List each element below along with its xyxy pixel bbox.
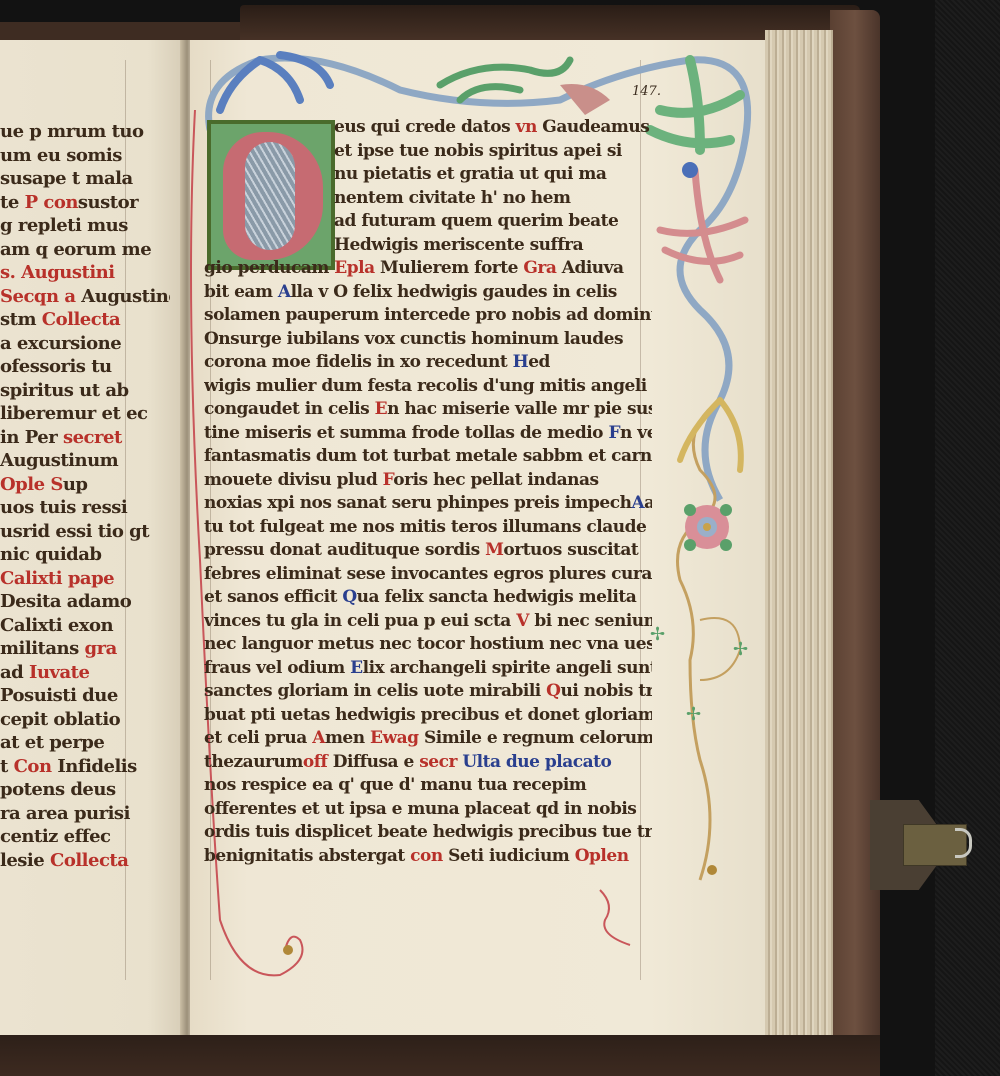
- text-line: Augustinum: [0, 449, 170, 473]
- page-edges: [765, 30, 833, 1035]
- text-line: nos respice ea q' que d' manu tua recepi…: [204, 774, 652, 798]
- text-line: um eu somis: [0, 144, 170, 168]
- text-line: thezaurumoff Diffusa e secr Ulta due pla…: [204, 751, 652, 775]
- text-line: spiritus ut ab: [0, 379, 170, 403]
- text-line: et ipse tue nobis spiritus apei si: [204, 140, 652, 164]
- text-line: Desita adamo: [0, 590, 170, 614]
- text-line: centiz effec: [0, 825, 170, 849]
- text-line: ofessoris tu: [0, 355, 170, 379]
- text-line: Calixti exon: [0, 614, 170, 638]
- text-line: susape t mala: [0, 167, 170, 191]
- text-line: noxias xpi nos sanat seru phinpes preis …: [204, 492, 652, 516]
- text-line: Posuisti due: [0, 684, 170, 708]
- text-line: uos tuis ressi: [0, 496, 170, 520]
- text-line: potens deus: [0, 778, 170, 802]
- text-line: nic quidab: [0, 543, 170, 567]
- cover-right-edge: [830, 10, 880, 1060]
- dark-background: [935, 0, 1000, 1076]
- text-line: tine miseris et summa frode tollas de me…: [204, 422, 652, 446]
- text-line: gio perducam Epla Mulierem forte Gra Adi…: [204, 257, 652, 281]
- text-line: febres eliminat sese invocantes egros pl…: [204, 563, 652, 587]
- text-line: congaudet in celis En hac miserie valle …: [204, 398, 652, 422]
- text-line: s. Augustini: [0, 261, 170, 285]
- text-line: ra area purisi: [0, 802, 170, 826]
- text-line: eus qui crede datos vn Gaudeamus: [204, 116, 652, 140]
- text-line: Calixti pape: [0, 567, 170, 591]
- text-line: a excursione: [0, 332, 170, 356]
- text-line: t Con Infidelis: [0, 755, 170, 779]
- text-line: ad Iuvate: [0, 661, 170, 685]
- text-line: ad futuram quem querim beate: [204, 210, 652, 234]
- text-line: benignitatis abstergat con Seti iudicium…: [204, 845, 652, 869]
- text-line: fraus vel odium Elix archangeli spirite …: [204, 657, 652, 681]
- text-line: militans gra: [0, 637, 170, 661]
- text-line: tu tot fulgeat me nos mitis teros illuma…: [204, 516, 652, 540]
- text-line: at et perpe: [0, 731, 170, 755]
- text-line: bit eam Alla v O felix hedwigis gaudes i…: [204, 281, 652, 305]
- text-line: Secqn a Augustine: [0, 285, 170, 309]
- text-line: in Per secret: [0, 426, 170, 450]
- text-line: lesie Collecta: [0, 849, 170, 873]
- text-line: usrid essi tio gt: [0, 520, 170, 544]
- text-line: wigis mulier dum festa recolis d'ung mit…: [204, 375, 652, 399]
- left-page-text: ue p mrum tuo um eu somis susape t mala …: [0, 120, 170, 872]
- text-line: vinces tu gla in celi pua p eui scta V b…: [204, 610, 652, 634]
- text-line: Ople Sup: [0, 473, 170, 497]
- book-clasp: [870, 800, 970, 890]
- text-line: solamen pauperum intercede pro nobis ad …: [204, 304, 652, 328]
- text-line: et celi prua Amen Ewag Simile e regnum c…: [204, 727, 652, 751]
- text-line: mouete divisu plud Foris hec pellat inda…: [204, 469, 652, 493]
- right-page-text: eus qui crede datos vn Gaudeamus et ipse…: [204, 116, 652, 868]
- text-line: nec languor metus nec tocor hostium nec …: [204, 633, 652, 657]
- text-line: stm Collecta: [0, 308, 170, 332]
- text-line: nu pietatis et gratia ut qui ma: [204, 163, 652, 187]
- clasp-hook-icon: [955, 828, 972, 858]
- text-line: fantasmatis dum tot turbat metale sabbm …: [204, 445, 652, 469]
- text-line: nentem civitate h' no hem: [204, 187, 652, 211]
- text-line: liberemur et ec: [0, 402, 170, 426]
- text-line: sanctes gloriam in celis uote mirabili Q…: [204, 680, 652, 704]
- text-line: am q eorum me: [0, 238, 170, 262]
- text-line: te P consustor: [0, 191, 170, 215]
- text-line: buat pti uetas hedwigis precibus et done…: [204, 704, 652, 728]
- text-line: et sanos efficit Qua felix sancta hedwig…: [204, 586, 652, 610]
- text-line: ue p mrum tuo: [0, 120, 170, 144]
- text-line: ordis tuis displicet beate hedwigis prec…: [204, 821, 652, 845]
- text-line: pressu donat audituque sordis Mortuos su…: [204, 539, 652, 563]
- text-line: offerentes et ut ipsa e muna placeat qd …: [204, 798, 652, 822]
- cover-bottom-edge: [0, 1035, 880, 1076]
- text-line: corona moe fidelis in xo recedunt Hed: [204, 351, 652, 375]
- text-line: cepit oblatio: [0, 708, 170, 732]
- text-line: Onsurge iubilans vox cunctis hominum lau…: [204, 328, 652, 352]
- folio-number: 147.: [632, 84, 661, 99]
- text-line: Hedwigis meriscente suffra: [204, 234, 652, 258]
- text-line: g repleti mus: [0, 214, 170, 238]
